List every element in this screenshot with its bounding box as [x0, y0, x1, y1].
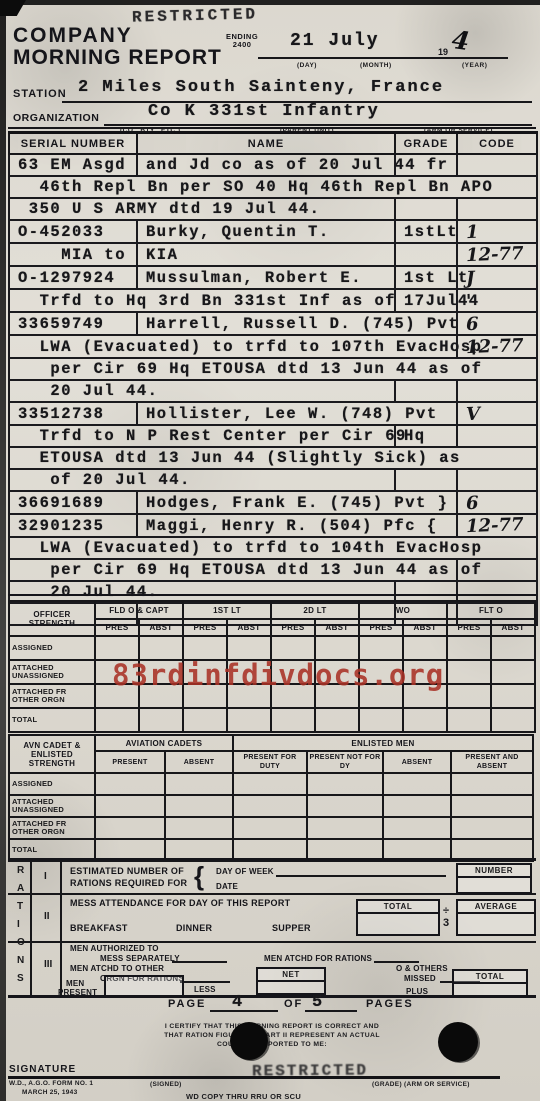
roster-cell: Trfd to N P Rest Center per Cir 69: [9, 425, 395, 447]
section-iii-numeral: III: [44, 959, 52, 970]
roster-cell: Maggi, Henry R. (504) Pfc {: [137, 514, 457, 537]
rations-vertical-letter: O: [17, 937, 25, 948]
supper-label: SUPPER: [272, 923, 311, 933]
form-date: MARCH 25, 1943: [22, 1089, 78, 1096]
punch-hole-left: [230, 1022, 268, 1060]
officer-strength-cell: [447, 636, 491, 660]
officer-strength-cell: [447, 708, 491, 732]
year-value-handwritten: 4: [450, 25, 471, 56]
officer-strength-cell: [183, 708, 227, 732]
avn-strength-cell: [233, 817, 307, 839]
officer-group-header: 1ST LT: [183, 601, 271, 619]
roster-header: GRADE: [395, 133, 457, 155]
messed-label: MISSED: [404, 974, 436, 983]
officer-strength-cell: [95, 636, 139, 660]
roster-cell: Trfd to Hq 3rd Bn 331st Inf as of: [9, 289, 395, 312]
page-total-line: [305, 1010, 357, 1012]
rations-vline-1: [30, 861, 32, 995]
officer-strength-cell: [447, 660, 491, 684]
mess-separately-line: [172, 961, 227, 963]
station-label: STATION: [13, 88, 67, 100]
officer-strength-cell: [315, 708, 359, 732]
roster-cell: Harrell, Russell D. (745) Pvt: [137, 312, 457, 335]
date-label: DATE: [216, 882, 238, 891]
pres-abst-header: PRES: [359, 619, 403, 636]
rations-vertical-letter: N: [17, 955, 24, 966]
report-date-value: 21 July: [290, 31, 380, 51]
officer-strength-cell: [227, 708, 271, 732]
roster-cell: 63 EM Asgd: [9, 154, 137, 176]
day-of-week-label: DAY OF WEEK: [216, 867, 274, 876]
roster-cell: 32901235: [9, 514, 137, 537]
officer-strength-cell: [359, 636, 403, 660]
officer-strength-cell: [139, 708, 183, 732]
pages-label: PAGES: [366, 998, 414, 1010]
net-box: NET: [256, 967, 326, 995]
avn-row-label: ASSIGNED: [9, 773, 95, 795]
year-underline: [434, 57, 508, 59]
restricted-stamp-bottom: RESTRICTED: [252, 1061, 368, 1080]
roster-cell: [395, 243, 457, 266]
number-box-label: NUMBER: [458, 865, 530, 878]
scan-corner-blot: [0, 0, 26, 16]
signature-label: SIGNATURE: [9, 1064, 76, 1075]
ending-time: 2400: [233, 40, 252, 49]
organization-underline: [104, 124, 532, 126]
roster-cell: [457, 198, 537, 220]
officer-strength-cell: [403, 636, 447, 660]
day-label: (DAY): [297, 62, 317, 69]
roster-cell: 33659749: [9, 312, 137, 335]
cert-line-1: I CERTIFY THAT THIS MORNING REPORT IS CO…: [165, 1023, 379, 1030]
roster-cell: 350 U S ARMY dtd 19 Jul 44.: [9, 198, 395, 220]
restricted-stamp-top: RESTRICTED: [132, 5, 258, 26]
pres-abst-header: ABST: [227, 619, 271, 636]
officer-strength-cell: [491, 660, 535, 684]
scan-edge-top: [0, 0, 540, 5]
handwritten-code-mark: 12-77: [457, 242, 538, 268]
men-present-box: [104, 975, 184, 997]
roster-cell: 1stLt: [395, 220, 457, 243]
handwritten-code-mark: 1: [457, 219, 538, 245]
roster-header: CODE: [457, 133, 537, 155]
officer-strength-cell: [447, 684, 491, 708]
officer-group-header: 2D LT: [271, 601, 359, 619]
handwritten-code-mark: 6: [457, 311, 538, 337]
mess-separately-label: MESS SEPARATELY: [100, 954, 180, 963]
form-number: W.D., A.G.O. FORM NO. 1: [9, 1080, 93, 1087]
pres-abst-header: ABST: [139, 619, 183, 636]
men-atchd-other-label: MEN ATCHD TO OTHER: [70, 964, 164, 973]
avn-strength-cell: [383, 817, 451, 839]
officer-strength-corner: OFFICER STRENGTH: [9, 601, 95, 636]
roster-cell: per Cir 69 Hq ETOUSA dtd 13 Jun 44 as of: [9, 559, 457, 581]
pres-abst-header: ABST: [491, 619, 535, 636]
officer-strength-cell: [271, 636, 315, 660]
officer-group-header: FLD O & CAPT: [95, 601, 183, 619]
roster-header: SERIAL NUMBER: [9, 133, 137, 155]
section-divider-rule: [8, 594, 536, 596]
pres-abst-header: PRES: [271, 619, 315, 636]
avn-strength-cell: [233, 773, 307, 795]
officer-group-header: WO: [359, 601, 447, 619]
officer-group-header: FLT O: [447, 601, 535, 619]
men-atchd-rations-line: [374, 961, 419, 963]
roster-cell: Hodges, Frank E. (745) Pvt }: [137, 491, 457, 514]
organization-value: Co K 331st Infantry: [148, 102, 380, 121]
pres-abst-header: ABST: [403, 619, 447, 636]
pres-abst-header: PRES: [95, 619, 139, 636]
roster-cell: Hollister, Lee W. (748) Pvt: [137, 402, 457, 425]
roster-cell: Mussulman, Robert E.: [137, 266, 395, 289]
signed-label: (SIGNED): [150, 1081, 182, 1088]
roster-cell: 36691689: [9, 491, 137, 514]
page-current-line: [210, 1010, 278, 1012]
roster-cell: [457, 425, 537, 447]
roster-cell: [395, 198, 457, 220]
officer-strength-cell: [491, 636, 535, 660]
roster-cell: LWA (Evacuated) to trfd to 104th EvacHos…: [9, 537, 537, 559]
rations-hline-2: [8, 941, 536, 943]
estimated-label-2: RATIONS REQUIRED FOR: [70, 878, 187, 888]
mess-total-box: TOTAL: [356, 899, 440, 936]
roster-cell: [395, 380, 457, 402]
roster-cell: and Jd co as of 20 Jul 44 fr: [137, 154, 395, 176]
orgn-for-rations-line: [180, 981, 230, 983]
section-i-numeral: I: [44, 871, 47, 882]
avn-sub-header: PRESENT AND ABSENT: [451, 751, 533, 773]
roster-table: SERIAL NUMBERNAMEGRADECODE63 EM Asgdand …: [8, 131, 538, 626]
section-ii-numeral: II: [44, 911, 50, 922]
roster-cell: LWA (Evacuated) to trfd to 107th EvacHos…: [9, 335, 457, 358]
officer-row-label: TOTAL: [9, 708, 95, 732]
average-box: AVERAGE: [456, 899, 536, 936]
avn-group-header: ENLISTED MEN: [233, 735, 533, 751]
men-atchd-rations-label: MEN ATCHD FOR RATIONS: [264, 954, 372, 963]
of-label: OF: [284, 998, 303, 1010]
average-label: AVERAGE: [458, 901, 534, 914]
number-box: NUMBER: [456, 863, 532, 894]
grade-arm-label: (GRADE) (ARM OR SERVICE): [372, 1081, 470, 1088]
handwritten-code-mark: V: [457, 401, 538, 427]
ending-2400-label: ENDING 2400: [226, 33, 258, 49]
handwritten-code-mark: J: [457, 265, 538, 291]
officer-row-label: ATTACHED FR OTHER ORGN: [9, 684, 95, 708]
avn-strength-corner: AVN CADET & ENLISTED STRENGTH: [9, 735, 95, 773]
form-title-line1: COMPANY: [13, 24, 133, 48]
avn-strength-cell: [451, 773, 533, 795]
avn-strength-cell: [307, 795, 383, 817]
rations-vertical-letter: R: [17, 865, 24, 876]
handwritten-code-mark: 12-77: [457, 334, 538, 360]
scan-edge-left: [0, 0, 6, 1101]
officer-strength-cell: [271, 708, 315, 732]
estimated-label-1: ESTIMATED NUMBER OF: [70, 866, 184, 876]
avn-strength-cell: [165, 773, 233, 795]
roster-cell: Burky, Quentin T.: [137, 220, 395, 243]
officer-strength-cell: [403, 708, 447, 732]
roster-cell: 1st Lt: [395, 266, 457, 289]
officer-row-label: ASSIGNED: [9, 636, 95, 660]
officer-strength-cell: [359, 708, 403, 732]
organization-label: ORGANIZATION: [13, 112, 99, 124]
handwritten-code-mark: ': [457, 288, 538, 314]
less-label: LESS: [194, 985, 216, 994]
roster-cell: [457, 154, 537, 176]
roster-cell: 17Jul44: [395, 289, 457, 312]
roster-section: SERIAL NUMBERNAMEGRADECODE63 EM Asgdand …: [8, 131, 536, 626]
avn-enlisted-strength-table: AVN CADET & ENLISTED STRENGTHAVIATION CA…: [8, 734, 534, 862]
avn-sub-header: ABSENT: [165, 751, 233, 773]
avn-sub-header: ABSENT: [383, 751, 451, 773]
roster-cell: [395, 469, 457, 491]
net-label: NET: [258, 969, 324, 982]
men-authorized-label: MEN AUTHORIZED TO: [70, 944, 159, 953]
station-value: 2 Miles South Sainteny, France: [78, 78, 444, 97]
breakfast-label: BREAKFAST: [70, 923, 128, 933]
day-of-week-line: [276, 875, 446, 877]
avn-strength-cell: [383, 773, 451, 795]
punch-hole-right: [438, 1022, 478, 1062]
officer-strength-cell: [95, 708, 139, 732]
roster-cell: per Cir 69 Hq ETOUSA dtd 13 Jun 44 as of: [9, 358, 537, 380]
avn-group-header: AVIATION CADETS: [95, 735, 233, 751]
date-underline: [258, 57, 438, 59]
handwritten-code-mark: 6: [457, 490, 538, 516]
year-label: (YEAR): [462, 62, 487, 69]
rations-vline-2: [60, 861, 62, 995]
roster-header: NAME: [137, 133, 395, 155]
pres-abst-header: PRES: [183, 619, 227, 636]
year-prefix: 19: [438, 47, 448, 57]
avn-sub-header: PRESENT FOR DUTY: [233, 751, 307, 773]
avn-strength-cell: [307, 773, 383, 795]
month-label: (MONTH): [360, 62, 392, 69]
roster-cell: ETOUSA dtd 13 Jun 44 (Slightly Sick) as: [9, 447, 537, 469]
divide-sign: ÷: [443, 905, 449, 917]
roster-cell: [457, 469, 537, 491]
divide-three: 3: [443, 917, 449, 929]
mess-total-label: TOTAL: [358, 901, 438, 914]
officer-strength-cell: [139, 636, 183, 660]
avn-strength-cell: [383, 795, 451, 817]
officer-strength-cell: [491, 708, 535, 732]
rations-vertical-letter: A: [17, 883, 24, 894]
pres-abst-header: PRES: [447, 619, 491, 636]
handwritten-code-mark: 12-77: [457, 513, 538, 539]
roster-cell: KIA: [137, 243, 395, 266]
avn-sub-header: PRESENT: [95, 751, 165, 773]
watermark-text: 83rdinfdivdocs.org: [112, 658, 444, 692]
rations-vertical-letter: I: [17, 919, 20, 930]
avn-strength-cell: [95, 795, 165, 817]
page-label: PAGE: [168, 998, 206, 1010]
plus-label: PLUS: [406, 987, 428, 996]
roster-cell: O-452033: [9, 220, 137, 243]
morning-report-document: COMPANY MORNING REPORT RESTRICTED ENDING…: [0, 0, 540, 1101]
rations-vertical-letter: S: [17, 973, 24, 984]
avn-strength-cell: [95, 773, 165, 795]
o-and-others-label: O & OTHERS: [396, 964, 448, 973]
avn-strength-cell: [451, 817, 533, 839]
cert-line-2: THAT RATION FIGURES IN PART II REPRESENT…: [164, 1032, 380, 1039]
roster-top-rule: [8, 127, 536, 129]
avn-strength-cell: [95, 817, 165, 839]
avn-row-label: ATTACHED UNASSIGNED: [9, 795, 95, 817]
roster-cell: MIA to: [9, 243, 137, 266]
rations-total-label: TOTAL: [454, 971, 526, 984]
roster-cell: Hq: [395, 425, 457, 447]
form-title-line2: MORNING REPORT: [13, 46, 222, 70]
roster-cell: 33512738: [9, 402, 137, 425]
rations-section: RATIONS I ESTIMATED NUMBER OF RATIONS RE…: [8, 858, 536, 998]
roster-cell: of 20 Jul 44.: [9, 469, 395, 491]
officer-row-label: ATTACHED UNASSIGNED: [9, 660, 95, 684]
dinner-label: DINNER: [176, 923, 212, 933]
roster-cell: 46th Repl Bn per SO 40 Hq 46th Repl Bn A…: [9, 176, 537, 198]
avn-strength-cell: [165, 817, 233, 839]
officer-strength-cell: [315, 636, 359, 660]
present-label: PRESENT: [58, 988, 97, 997]
avn-sub-header: PRESENT NOT FOR DY: [307, 751, 383, 773]
avn-strength-cell: [451, 795, 533, 817]
mess-attendance-title: MESS ATTENDANCE FOR DAY OF THIS REPORT: [70, 898, 290, 908]
rations-total-box: TOTAL: [452, 969, 528, 997]
avn-strength-cell: [307, 817, 383, 839]
avn-enlisted-section: AVN CADET & ENLISTED STRENGTHAVIATION CA…: [8, 734, 534, 862]
men-label: MEN: [66, 979, 84, 988]
officer-strength-cell: [183, 636, 227, 660]
roster-cell: 20 Jul 44.: [9, 380, 395, 402]
certification-text: I CERTIFY THAT THIS MORNING REPORT IS CO…: [122, 1022, 422, 1049]
wd-copy-line: WD COPY THRU RRU OR SCU: [186, 1092, 301, 1101]
avn-strength-cell: [165, 795, 233, 817]
officer-strength-cell: [227, 636, 271, 660]
pres-abst-header: ABST: [315, 619, 359, 636]
avn-strength-cell: [233, 795, 307, 817]
officer-strength-cell: [491, 684, 535, 708]
avn-row-label: ATTACHED FR OTHER ORGN: [9, 817, 95, 839]
rations-vertical-letter: T: [17, 901, 23, 912]
roster-cell: O-1297924: [9, 266, 137, 289]
roster-cell: [457, 380, 537, 402]
brace: {: [194, 861, 204, 892]
